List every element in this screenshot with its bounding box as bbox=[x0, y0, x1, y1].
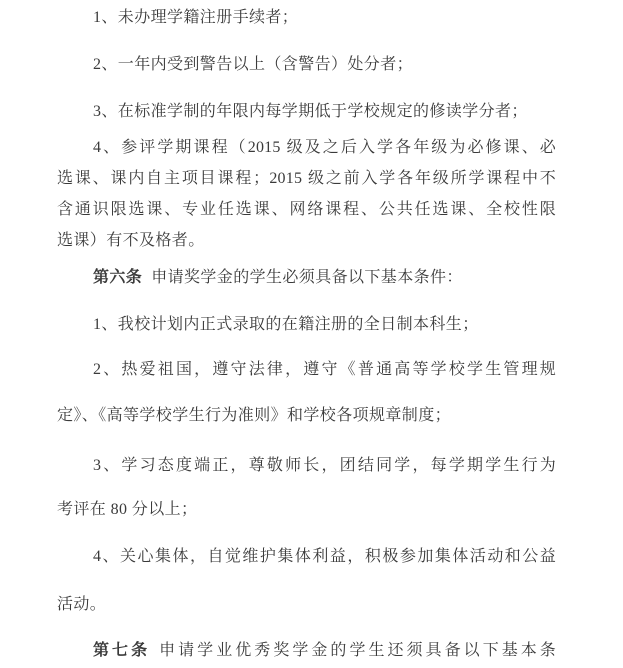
doc-line-12: 3、学习态度端正，尊敬师长，团结同学，每学期学生行为 bbox=[57, 455, 556, 477]
clause-number: 第六条 bbox=[93, 269, 142, 286]
clause-number: 第七条 bbox=[93, 642, 150, 659]
clause-text: 申请奖学金的学生必须具备以下基本条件： bbox=[151, 269, 463, 286]
doc-line-7: 选课）有不及格者。 bbox=[57, 230, 556, 252]
doc-line-13: 考评在 80 分以上； bbox=[57, 499, 556, 521]
doc-line-9: 1、我校计划内正式录取的在籍注册的全日制本科生； bbox=[57, 314, 556, 336]
doc-line-10: 2、热爱祖国，遵守法律，遵守《普通高等学校学生管理规 bbox=[57, 359, 556, 381]
doc-line-2: 2、一年内受到警告以上（含警告）处分者； bbox=[57, 54, 556, 76]
doc-line-3: 3、在标准学制的年限内每学期低于学校规定的修读学分者； bbox=[57, 101, 556, 123]
article-clause-line: 第六条申请奖学金的学生必须具备以下基本条件： bbox=[57, 267, 556, 289]
document-page: 1、未办理学籍注册手续者；2、一年内受到警告以上（含警告）处分者；3、在标准学制… bbox=[0, 0, 623, 668]
doc-line-1: 1、未办理学籍注册手续者； bbox=[57, 7, 556, 29]
doc-line-5: 选课、课内自主项目课程；2015 级之前入学各年级所学课程中不 bbox=[57, 168, 556, 190]
doc-line-6: 含通识限选课、专业任选课、网络课程、公共任选课、全校性限 bbox=[57, 199, 556, 221]
doc-line-4: 4、参评学期课程（2015 级及之后入学各年级为必修课、必 bbox=[57, 137, 556, 159]
article-clause-line: 第七条申请学业优秀奖学金的学生还须具备以下基本条 bbox=[57, 640, 556, 662]
doc-line-11: 定》、《高等学校学生行为准则》和学校各项规章制度； bbox=[57, 405, 556, 427]
doc-line-15: 活动。 bbox=[57, 594, 556, 616]
doc-line-14: 4、关心集体，自觉维护集体利益，积极参加集体活动和公益 bbox=[57, 546, 556, 568]
clause-text: 申请学业优秀奖学金的学生还须具备以下基本条 bbox=[159, 642, 556, 659]
